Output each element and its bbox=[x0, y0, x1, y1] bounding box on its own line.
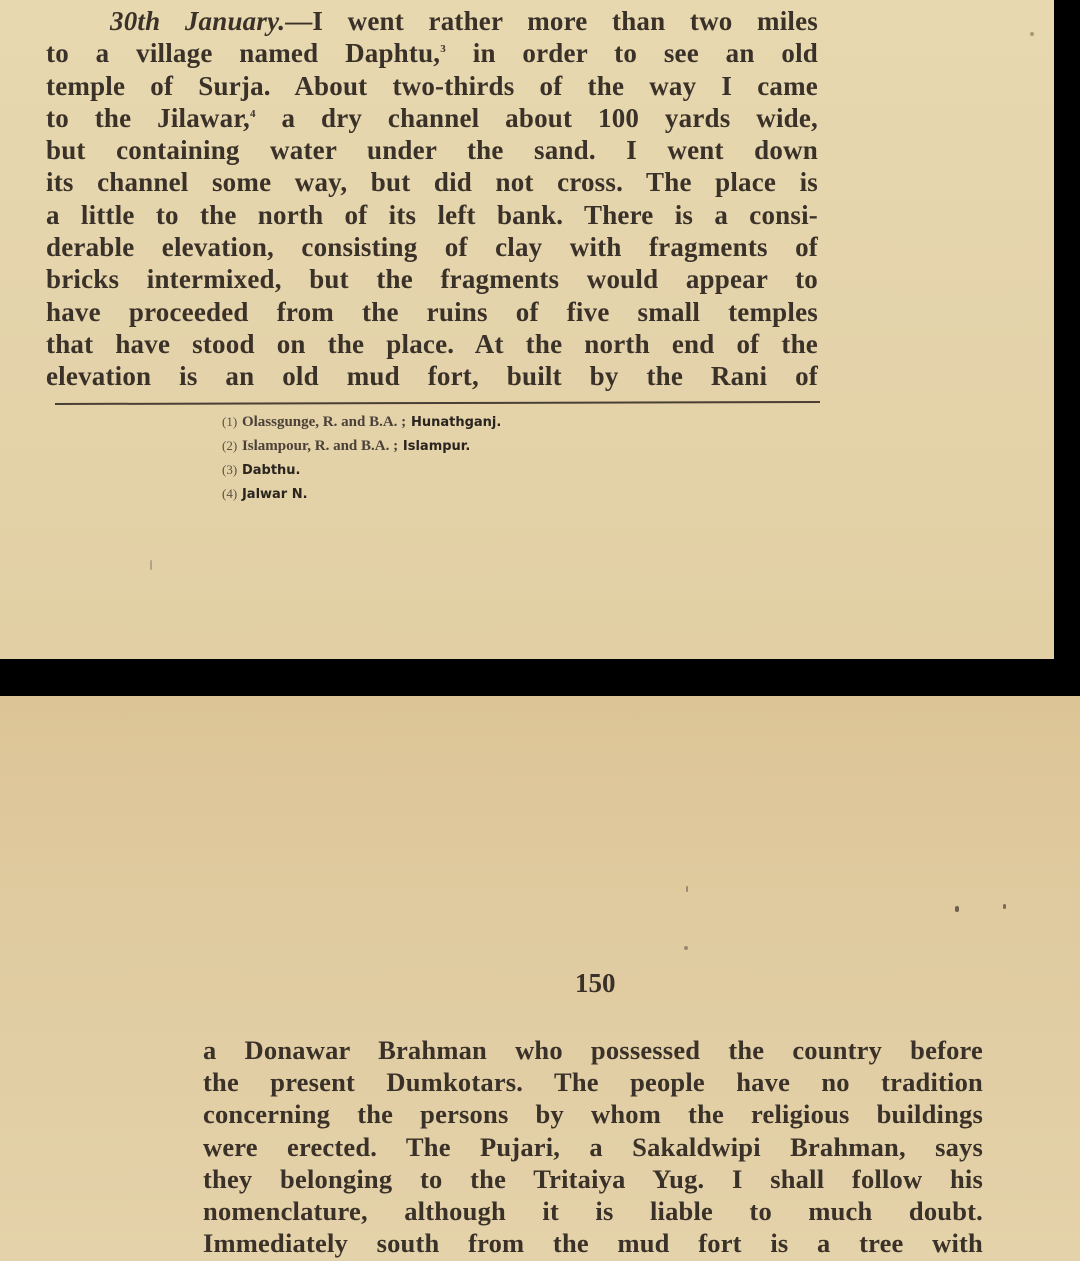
footnote-divider bbox=[55, 401, 820, 405]
text-line: were erected. The Pujari, a Sakaldwipi B… bbox=[203, 1131, 983, 1163]
text-line: to the Jilawar,4 a dry channel about 100… bbox=[46, 102, 818, 134]
paper-speck bbox=[1003, 904, 1006, 909]
date-heading: 30th January. bbox=[110, 6, 285, 36]
footnote-item: (4) Jalwar N. bbox=[222, 482, 501, 506]
top-page-scan: 30th January.—I went rather more than tw… bbox=[0, 0, 1054, 659]
paper-speck bbox=[150, 560, 152, 570]
paper-speck bbox=[1030, 32, 1034, 36]
top-page-body: 30th January.—I went rather more than tw… bbox=[46, 5, 818, 393]
text-line: temple of Surja. About two-thirds of the… bbox=[46, 70, 818, 102]
text-line: a Donawar Brahman who possessed the coun… bbox=[203, 1034, 983, 1066]
text-line: the present Dumkotars. The people have n… bbox=[203, 1066, 983, 1098]
footnote-item: (2) Islampour, R. and B.A. ; Islampur. bbox=[222, 434, 501, 458]
text-line: its channel some way, but did not cross.… bbox=[46, 166, 818, 198]
bottom-page-body: a Donawar Brahman who possessed the coun… bbox=[203, 1034, 983, 1259]
text-line: have proceeded from the ruins of five sm… bbox=[46, 296, 818, 328]
page-number: 150 bbox=[575, 968, 616, 999]
paper-speck bbox=[955, 906, 959, 912]
text-line: 30th January.—I went rather more than tw… bbox=[46, 5, 818, 37]
text-line: derable elevation, consisting of clay wi… bbox=[46, 231, 818, 263]
text-line: bricks intermixed, but the fragments wou… bbox=[46, 263, 818, 295]
text-line: but containing water under the sand. I w… bbox=[46, 134, 818, 166]
text-line: Immediately south from the mud fort is a… bbox=[203, 1227, 983, 1259]
text-line: to a village named Daphtu,3 in order to … bbox=[46, 37, 818, 69]
text-line: a little to the north of its left bank. … bbox=[46, 199, 818, 231]
footnotes: (1) Olassgunge, R. and B.A. ; Hunathganj… bbox=[222, 410, 501, 506]
text-line: they belonging to the Tritaiya Yug. I sh… bbox=[203, 1163, 983, 1195]
footnote-item: (1) Olassgunge, R. and B.A. ; Hunathganj… bbox=[222, 410, 501, 434]
text-line: concerning the persons by whom the relig… bbox=[203, 1098, 983, 1130]
paper-speck bbox=[684, 946, 688, 950]
text-line: elevation is an old mud fort, built by t… bbox=[46, 360, 818, 392]
footnote-item: (3) Dabthu. bbox=[222, 458, 501, 482]
text-line: nomenclature, although it is liable to m… bbox=[203, 1195, 983, 1227]
paper-speck bbox=[686, 886, 688, 892]
text-line: that have stood on the place. At the nor… bbox=[46, 328, 818, 360]
